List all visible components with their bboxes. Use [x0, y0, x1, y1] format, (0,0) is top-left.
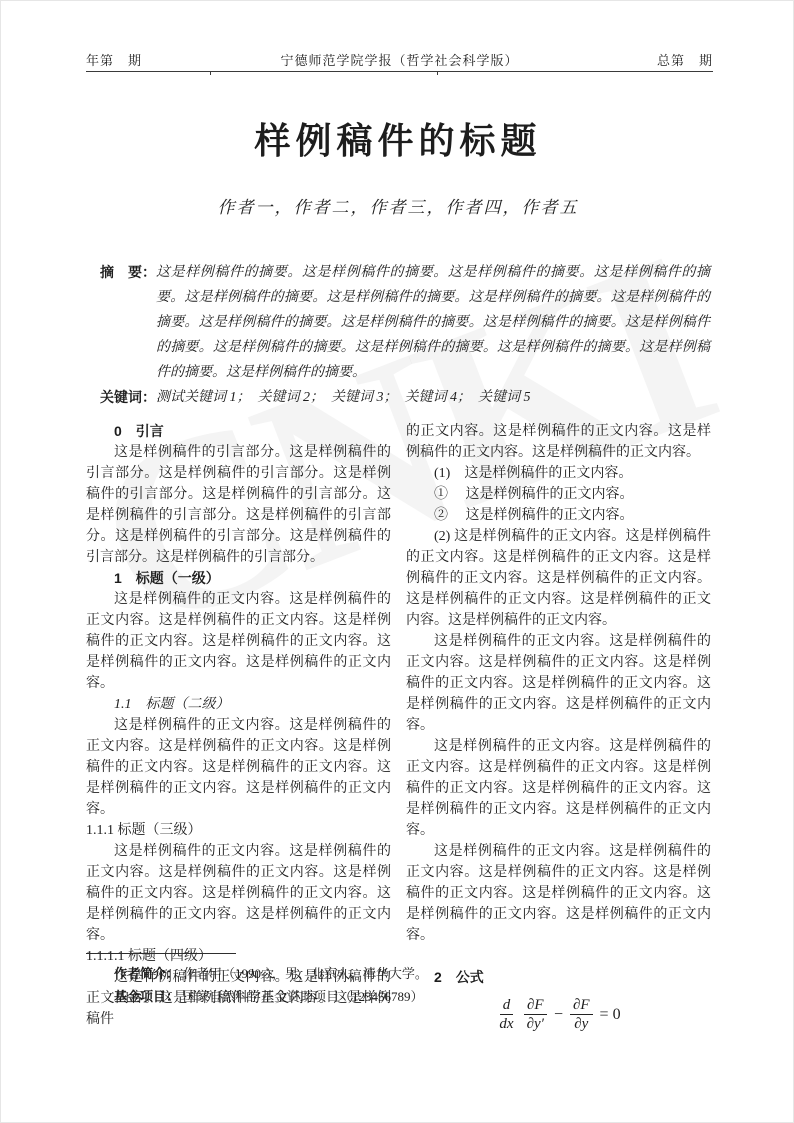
header-rule-tick	[210, 71, 211, 75]
author-bio-text: 作者甲（1990-），男，北京人，清华大学。	[183, 966, 428, 981]
issue-right-text: 总第 期	[657, 50, 713, 69]
author-bio-label: 作者简介：	[114, 966, 179, 981]
paragraph-body-c: 这是样例稿件的正文内容。这是样例稿件的正文内容。这是样例稿件的正文内容。这是样例…	[406, 841, 711, 946]
paragraph-body-a: 这是样例稿件的正文内容。这是样例稿件的正文内容。这是样例稿件的正文内容。这是样例…	[406, 631, 711, 736]
right-column: 的正文内容。这是样例稿件的正文内容。这是样例稿件的正文内容。这是样例稿件的正文内…	[406, 421, 711, 1033]
section-heading-level3: 1.1.1 标题（三级）	[86, 820, 391, 841]
fraction-denominator: dx	[496, 1015, 516, 1033]
abstract-text: 这是样例稿件的摘要。这是样例稿件的摘要。这是样例稿件的摘要。这是样例稿件的摘要。…	[156, 265, 710, 380]
abstract-row: 摘 要： 这是样例稿件的摘要。这是样例稿件的摘要。这是样例稿件的摘要。这是样例稿…	[86, 260, 710, 385]
keywords-row: 关键词： 测试关键词 1； 关键词 2； 关键词 3； 关键词 4； 关键词 5	[86, 385, 710, 410]
article-title: 样例稿件的标题	[1, 113, 794, 164]
left-column: 0 引言 这是样例稿件的引言部分。这是样例稿件的引言部分。这是样例稿件的引言部分…	[86, 421, 391, 1033]
funding-text: 国家自然科学基金资助项目（123456789）	[183, 989, 424, 1004]
funding-row: 基金项目：国家自然科学基金资助项目（123456789）	[86, 985, 646, 1008]
list-item-circle-2: ② 这是样例稿件的正文内容。	[406, 505, 711, 526]
abstract-label: 摘 要：	[100, 260, 156, 285]
funding-label: 基金项目：	[114, 989, 179, 1004]
authors-line: 作者一，作者二，作者三，作者四，作者五	[1, 193, 794, 218]
journal-name: 宁德师范学院学报（哲学社会科学版）	[280, 50, 518, 69]
paragraph-level3: 这是样例稿件的正文内容。这是样例稿件的正文内容。这是样例稿件的正文内容。这是样例…	[86, 841, 391, 946]
paragraph-level2: 这是样例稿件的正文内容。这是样例稿件的正文内容。这是样例稿件的正文内容。这是样例…	[86, 715, 391, 820]
header-rule-tick	[437, 71, 438, 75]
fraction-denominator: ∂y	[571, 1015, 591, 1033]
keywords-text: 测试关键词 1； 关键词 2； 关键词 3； 关键词 4； 关键词 5	[156, 390, 531, 405]
paragraph-body-b: 这是样例稿件的正文内容。这是样例稿件的正文内容。这是样例稿件的正文内容。这是样例…	[406, 736, 711, 841]
author-bio-row: 作者简介：作者甲（1990-），男，北京人，清华大学。	[86, 962, 646, 985]
section-heading-level2: 1.1 标题（二级）	[86, 694, 391, 715]
footnote-block: 作者简介：作者甲（1990-），男，北京人，清华大学。 基金项目：国家自然科学基…	[86, 953, 646, 1008]
paragraph-level4-continuation: 的正文内容。这是样例稿件的正文内容。这是样例稿件的正文内容。这是样例稿件的正文内…	[406, 421, 711, 463]
paragraph-level1: 这是样例稿件的正文内容。这是样例稿件的正文内容。这是样例稿件的正文内容。这是样例…	[86, 589, 391, 694]
list-item-paren-1: (1) 这是样例稿件的正文内容。	[406, 463, 711, 484]
header-rule	[86, 71, 713, 72]
fraction-denominator: ∂y′	[524, 1015, 547, 1033]
running-header: 年第 期 宁德师范学院学报（哲学社会科学版） 总第 期	[86, 50, 713, 69]
keywords-label: 关键词：	[100, 385, 156, 410]
paragraph-intro: 这是样例稿件的引言部分。这是样例稿件的引言部分。这是样例稿件的引言部分。这是样例…	[86, 442, 391, 568]
issue-left-text: 年第 期	[86, 50, 142, 69]
journal-page: CNKI 年第 期 宁德师范学院学报（哲学社会科学版） 总第 期 样例稿件的标题…	[0, 0, 794, 1123]
abstract-block: 摘 要： 这是样例稿件的摘要。这是样例稿件的摘要。这是样例稿件的摘要。这是样例稿…	[86, 260, 710, 410]
section-heading-level1: 1 标题（一级）	[86, 568, 391, 589]
list-item-circle-1: ① 这是样例稿件的正文内容。	[406, 484, 711, 505]
paragraph-paren-2: (2) 这是样例稿件的正文内容。这是样例稿件的正文内容。这是样例稿件的正文内容。…	[406, 526, 711, 631]
section-heading-intro: 0 引言	[86, 421, 391, 442]
footnote-rule	[86, 953, 236, 954]
two-column-body: 0 引言 这是样例稿件的引言部分。这是样例稿件的引言部分。这是样例稿件的引言部分…	[86, 421, 711, 1033]
